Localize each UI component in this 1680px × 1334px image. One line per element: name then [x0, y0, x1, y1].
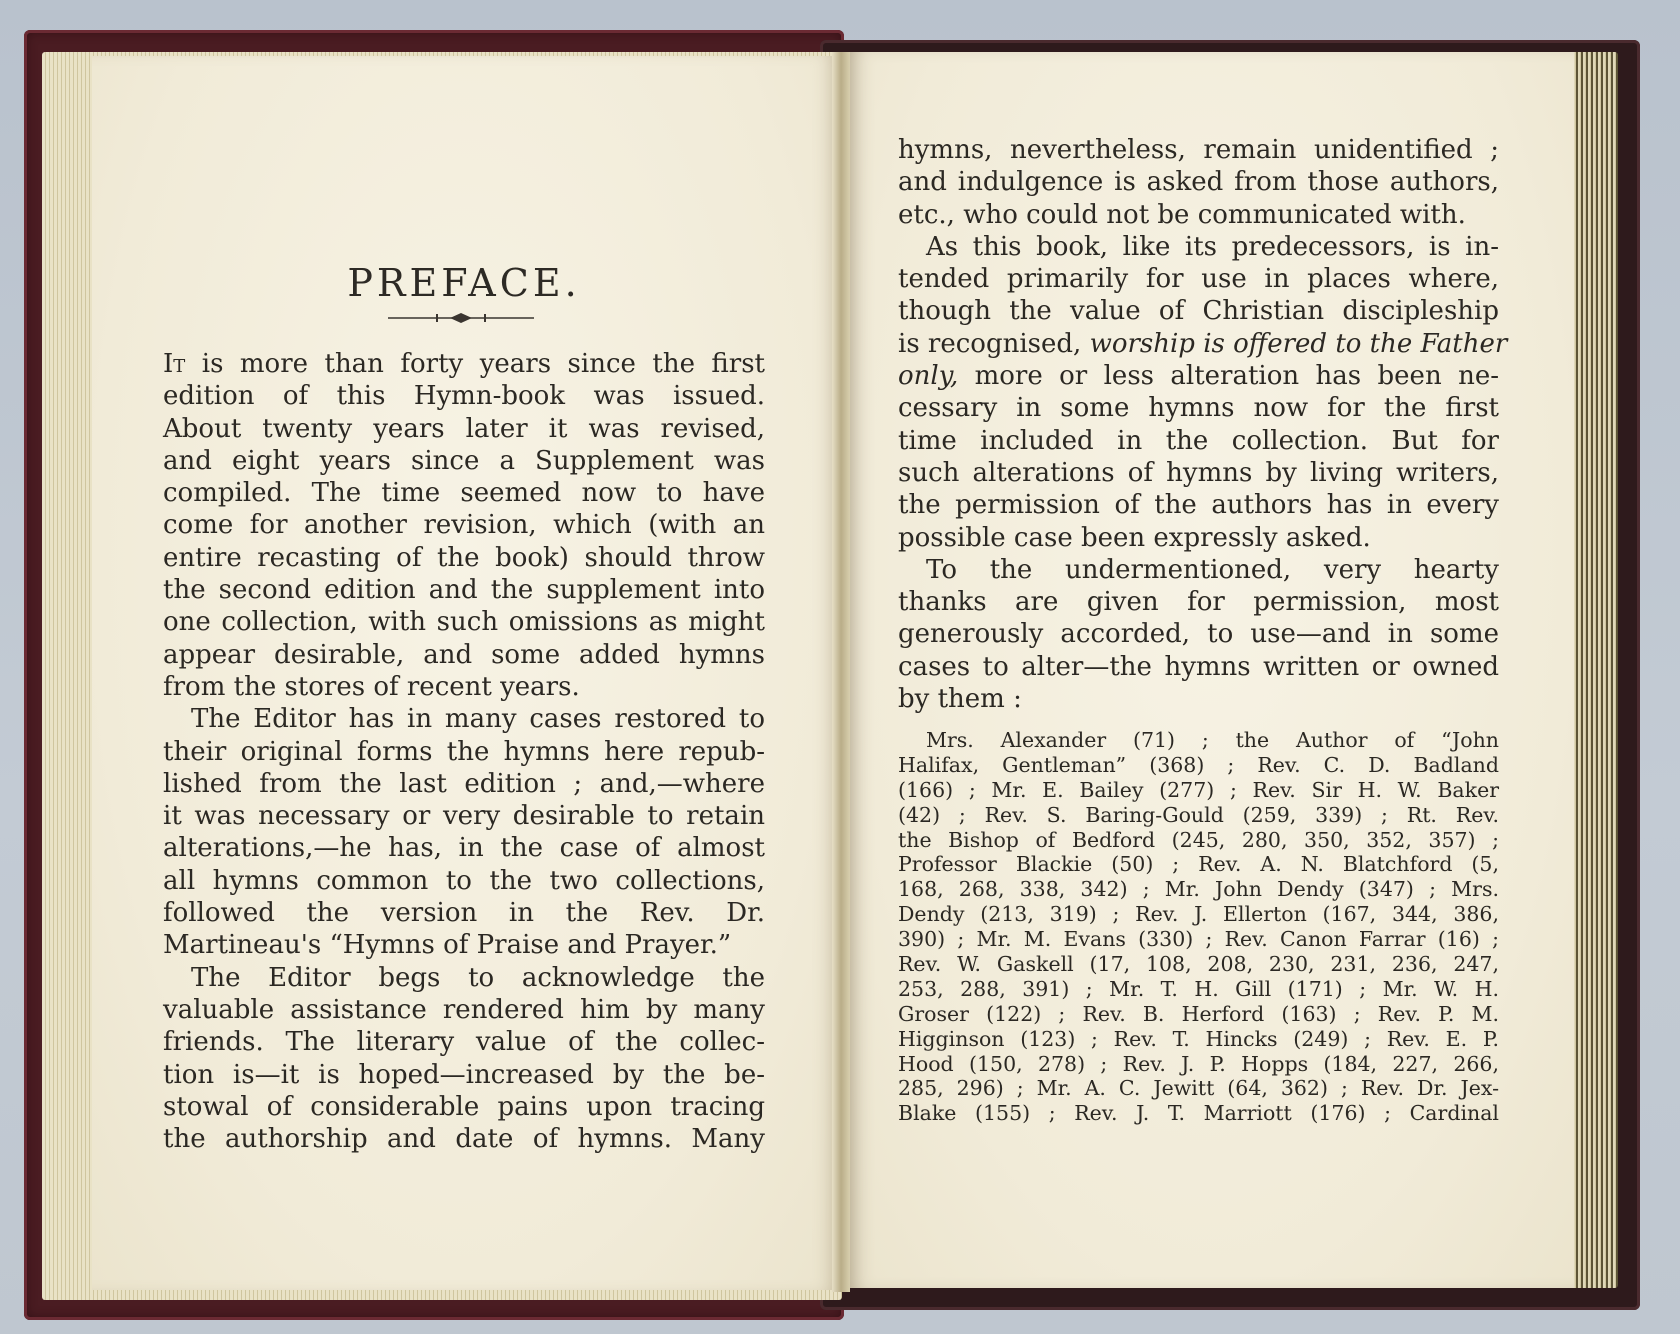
text-line: and eight years since a Supplement was — [163, 445, 765, 477]
text-line: the authorship and date of hymns. Many — [163, 1123, 765, 1155]
acknowledgement-line: Mrs. Alexander (71) ; the Author of “Joh… — [898, 728, 1499, 753]
text-line: appear desirable, and some added hymns — [163, 639, 765, 671]
acknowledgement-line: 253, 288, 391) ; Mr. T. H. Gill (171) ; … — [898, 977, 1499, 1002]
text-line: only, more or less alteration has been n… — [898, 360, 1499, 392]
text-line: entire recasting of the book) should thr… — [163, 542, 765, 574]
text-line: As this book, like its predecessors, is … — [898, 231, 1499, 263]
text-line: is recognised, worship is offered to the… — [898, 328, 1499, 360]
left-page-text: It is more than forty years since the fi… — [163, 348, 765, 1155]
text-line: lished from the last edition ; and,—wher… — [163, 768, 765, 800]
text-line: alterations,—he has, in the case of almo… — [163, 832, 765, 864]
acknowledgement-line: Hood (150, 278) ; Rev. J. P. Hopps (184,… — [898, 1052, 1499, 1077]
acknowledgement-line: 390) ; Mr. M. Evans (330) ; Rev. Canon F… — [898, 927, 1499, 952]
text-line: thanks are given for permission, most — [898, 586, 1499, 618]
text-line: their original forms the hymns here repu… — [163, 736, 765, 768]
acknowledgement-line: Professor Blackie (50) ; Rev. A. N. Blat… — [898, 852, 1499, 877]
text-line: To the undermentioned, very hearty — [898, 554, 1499, 586]
text-line: compiled. The time seemed now to have — [163, 477, 765, 509]
text-line: possible case been expressly asked. — [898, 522, 1499, 554]
acknowledgements-list: Mrs. Alexander (71) ; the Author of “Joh… — [898, 728, 1499, 1126]
acknowledgement-line: 285, 296) ; Mr. A. C. Jewitt (64, 362) ;… — [898, 1076, 1499, 1101]
text-line: such alterations of hymns by living writ… — [898, 457, 1499, 489]
text-line: though the value of Christian disciplesh… — [898, 295, 1499, 327]
ornamental-rule-icon — [388, 312, 534, 324]
acknowledgement-line: Blake (155) ; Rev. J. T. Marriott (176) … — [898, 1101, 1499, 1126]
text-line: friends. The literary value of the colle… — [163, 1026, 765, 1058]
text-line: etc., who could not be communicated with… — [898, 199, 1499, 231]
small-caps-opening: It — [163, 349, 185, 379]
italic-emphasis: worship is offered to the Father — [1090, 329, 1508, 359]
text-line: one collection, with such omissions as m… — [163, 606, 765, 638]
acknowledgement-line: Rev. W. Gaskell (17, 108, 208, 230, 231,… — [898, 952, 1499, 977]
acknowledgement-line: Halifax, Gentleman” (368) ; Rev. C. D. B… — [898, 753, 1499, 778]
acknowledgement-line: Dendy (213, 319) ; Rev. J. Ellerton (167… — [898, 902, 1499, 927]
text-line: Martineau's “Hymns of Praise and Prayer.… — [163, 929, 765, 961]
acknowledgement-line: the Bishop of Bedford (245, 280, 350, 35… — [898, 828, 1499, 853]
text-line: About twenty years later it was revised, — [163, 413, 765, 445]
text-line: come for another revision, which (with a… — [163, 509, 765, 541]
text-line: tended primarily for use in places where… — [898, 263, 1499, 295]
text-line: it was necessary or very desirable to re… — [163, 800, 765, 832]
right-page-text: hymns, nevertheless, remain unidentified… — [898, 134, 1499, 715]
italic-emphasis: only, — [898, 361, 958, 391]
text-line: The Editor begs to acknowledge the — [163, 962, 765, 994]
text-line: followed the version in the Rev. Dr. — [163, 897, 765, 929]
text-line: and indulgence is asked from those autho… — [898, 166, 1499, 198]
page-title: PREFACE. — [92, 261, 836, 305]
text-line: The Editor has in many cases restored to — [163, 703, 765, 735]
text-line: It is more than forty years since the fi… — [163, 348, 765, 380]
text-line: stowal of considerable pains upon tracin… — [163, 1091, 765, 1123]
acknowledgement-line: (166) ; Mr. E. Bailey (277) ; Rev. Sir H… — [898, 778, 1499, 803]
book-gutter — [832, 52, 850, 1292]
text-line: by them : — [898, 683, 1499, 715]
text-line: tion is—it is hoped—increased by the be- — [163, 1059, 765, 1091]
acknowledgement-line: Groser (122) ; Rev. B. Herford (163) ; R… — [898, 1002, 1499, 1027]
text-line: from the stores of recent years. — [163, 671, 765, 703]
text-line: valuable assistance rendered him by many — [163, 994, 765, 1026]
text-line: cases to alter—the hymns written or owne… — [898, 651, 1499, 683]
text-line: time included in the collection. But for — [898, 425, 1499, 457]
acknowledgement-line: Higginson (123) ; Rev. T. Hincks (249) ;… — [898, 1027, 1499, 1052]
text-line: the permission of the authors has in eve… — [898, 489, 1499, 521]
text-line: generously accorded, to use—and in some — [898, 618, 1499, 650]
text-line: cessary in some hymns now for the first — [898, 392, 1499, 424]
acknowledgement-line: (42) ; Rev. S. Baring-Gould (259, 339) ;… — [898, 803, 1499, 828]
acknowledgement-line: 168, 268, 338, 342) ; Mr. John Dendy (34… — [898, 877, 1499, 902]
text-line: the second edition and the supplement in… — [163, 574, 765, 606]
text-line: edition of this Hymn-book was issued. — [163, 380, 765, 412]
text-line: all hymns common to the two collections, — [163, 865, 765, 897]
text-line: hymns, nevertheless, remain unidentified… — [898, 134, 1499, 166]
